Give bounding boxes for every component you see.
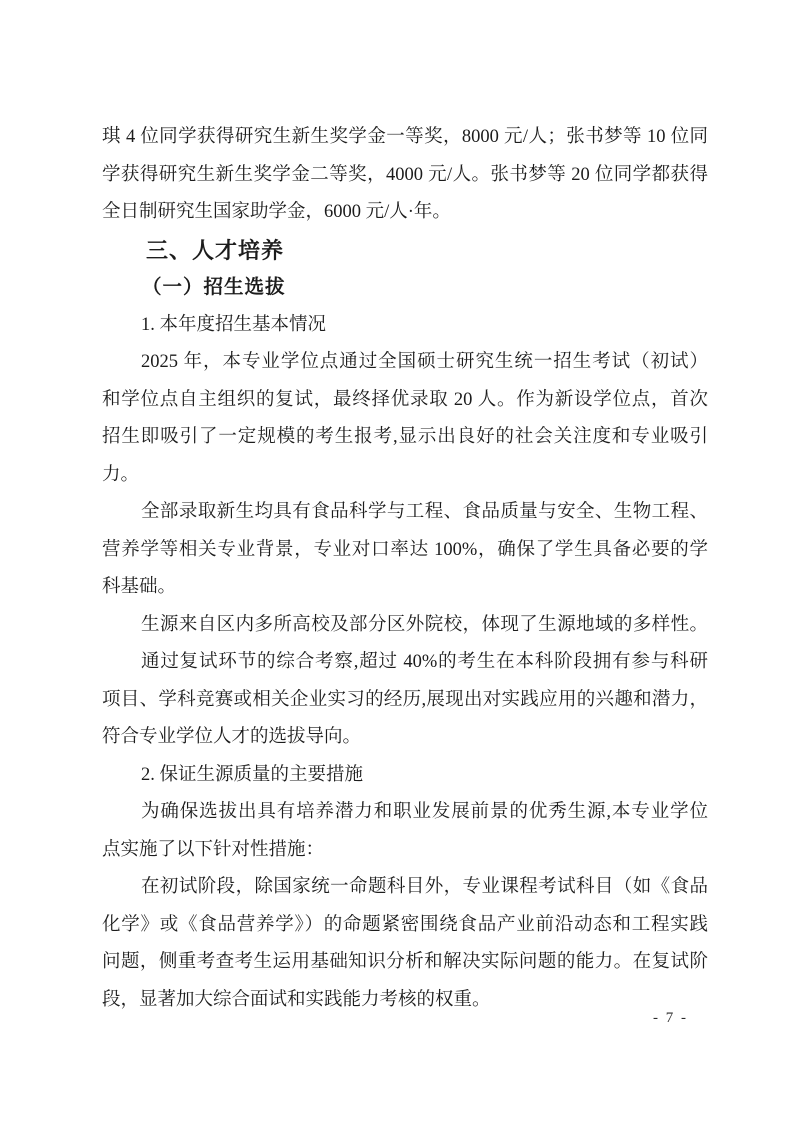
text-line: 营养学等相关专业背景，专业对口率达 100%，确保了学生具备必要的学 (102, 532, 708, 570)
document-body: 琪 4 位同学获得研究生新生奖学金一等奖，8000 元/人；张书梦等 10 位同… (102, 119, 708, 1019)
text-line: 段，显著加大综合面试和实践能力考核的权重。 (102, 982, 708, 1020)
text-line: 问题，侧重考查考生运用基础知识分析和解决实际问题的能力。在复试阶 (102, 944, 708, 982)
section-heading: 三、人才培养 (102, 232, 708, 270)
page-number: - 7 - (653, 1006, 688, 1030)
text-line: 2025 年，本专业学位点通过全国硕士研究生统一招生考试（初试） (102, 344, 708, 382)
text-line: 全部录取新生均具有食品科学与工程、食品质量与安全、生物工程、 (102, 494, 708, 532)
text-line: 1. 本年度招生基本情况 (102, 307, 708, 345)
text-line: 2. 保证生源质量的主要措施 (102, 757, 708, 795)
text-line: 琪 4 位同学获得研究生新生奖学金一等奖，8000 元/人；张书梦等 10 位同 (102, 119, 708, 157)
text-line: 在初试阶段，除国家统一命题科目外，专业课程考试科目（如《食品 (102, 869, 708, 907)
text-line: 生源来自区内多所高校及部分区外院校，体现了生源地域的多样性。 (102, 607, 708, 645)
text-line: 学获得研究生新生奖学金二等奖，4000 元/人。张书梦等 20 位同学都获得 (102, 157, 708, 195)
text-line: 科基础。 (102, 569, 708, 607)
text-line: 通过复试环节的综合考察,超过 40%的考生在本科阶段拥有参与科研 (102, 644, 708, 682)
text-line: 项目、学科竞赛或相关企业实习的经历,展现出对实践应用的兴趣和潜力， (102, 682, 708, 720)
text-line: 招生即吸引了一定规模的考生报考,显示出良好的社会关注度和专业吸引 (102, 419, 708, 457)
text-line: 化学》或《食品营养学》）的命题紧密围绕食品产业前沿动态和工程实践 (102, 907, 708, 945)
text-line: 点实施了以下针对性措施： (102, 832, 708, 870)
text-line: 力。 (102, 457, 708, 495)
subsection-heading: （一）招生选拔 (102, 269, 708, 307)
document-page: 琪 4 位同学获得研究生新生奖学金一等奖，8000 元/人；张书梦等 10 位同… (0, 0, 794, 1123)
text-line: 为确保选拔出具有培养潜力和职业发展前景的优秀生源,本专业学位 (102, 794, 708, 832)
text-line: 符合专业学位人才的选拔导向。 (102, 719, 708, 757)
text-line: 全日制研究生国家助学金，6000 元/人·年。 (102, 194, 708, 232)
text-line: 和学位点自主组织的复试，最终择优录取 20 人。作为新设学位点，首次 (102, 382, 708, 420)
